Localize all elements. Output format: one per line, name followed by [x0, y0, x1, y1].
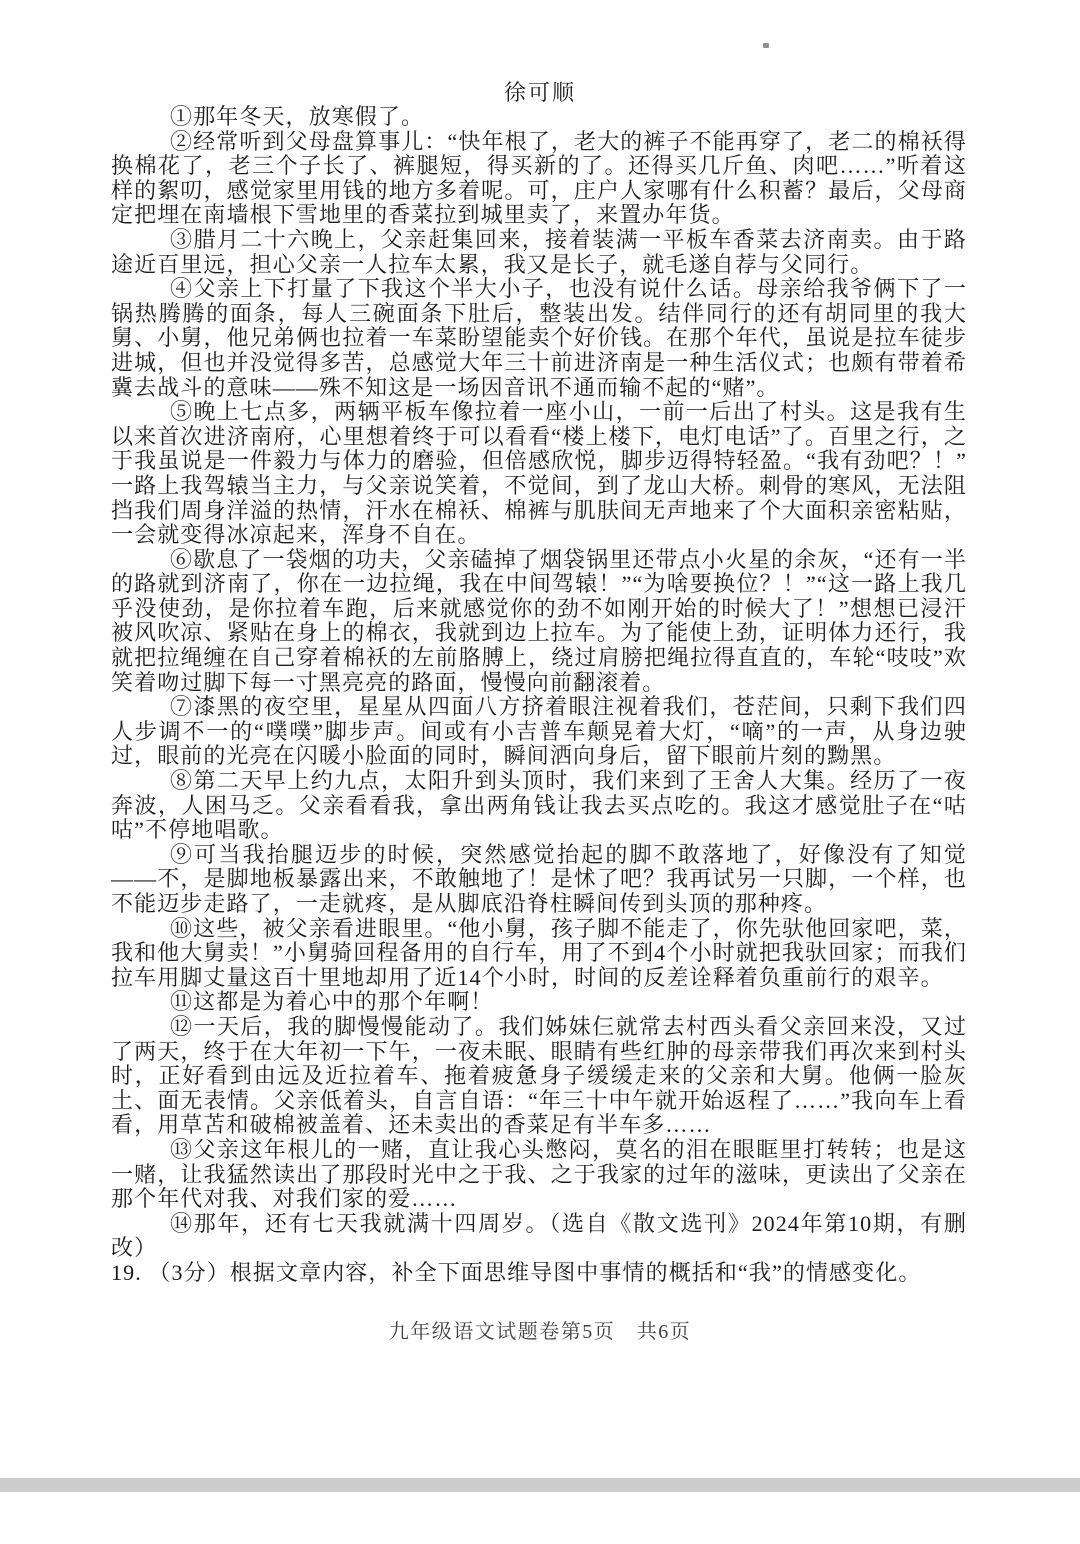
question-19: 19. （3分）根据文章内容，补全下面思维导图中事情的概括和“我”的情感变化。	[111, 1261, 967, 1286]
author-name: 徐可顺	[0, 80, 1080, 106]
reading-passage: ①那年冬天，放寒假了。 ②经常听到父母盘算事儿：“快年根了，老大的裤子不能再穿了…	[111, 105, 967, 1286]
passage-paragraph-3: ③腊月二十六晚上，父亲赶集回来，接着装满一平板车香菜去济南卖。由于路途近百里远，…	[111, 228, 967, 277]
passage-paragraph-8: ⑧第二天早上约九点，太阳升到头顶时，我们来到了王舍人大集。经历了一夜奔波，人困马…	[111, 769, 967, 843]
passage-paragraph-4: ④父亲上下打量了下我这个半大小子，也没有说什么话。母亲给我爷俩下了一锅热腾腾的面…	[111, 277, 967, 400]
exam-paper-page: 徐可顺 ①那年冬天，放寒假了。 ②经常听到父母盘算事儿：“快年根了，老大的裤子不…	[0, 0, 1080, 1544]
passage-paragraph-9: ⑨可当我抬腿迈步的时候，突然感觉抬起的脚不敢落地了，好像没有了知觉——不，是脚地…	[111, 843, 967, 917]
passage-paragraph-1: ①那年冬天，放寒假了。	[111, 105, 967, 130]
passage-paragraph-14: ⑭那年，还有七天我就满十四周岁。（选自《散文选刊》2024年第10期，有删改）	[111, 1212, 967, 1261]
passage-paragraph-13: ⑬父亲这年根儿的一赌，直让我心头憋闷，莫名的泪在眼眶里打转转；也是这一赌，让我猛…	[111, 1138, 967, 1212]
page-footer: 九年级语文试题卷第5页 共6页	[0, 1315, 1080, 1344]
passage-paragraph-10: ⑩这些，被父亲看进眼里。“他小舅，孩子脚不能走了，你先驮他回家吧，菜，我和他大舅…	[111, 917, 967, 991]
passage-paragraph-6: ⑥歇息了一袋烟的功夫，父亲磕掉了烟袋锅里还带点小火星的余灰，“还有一半的路就到济…	[111, 548, 967, 696]
passage-paragraph-2: ②经常听到父母盘算事儿：“快年根了，老大的裤子不能再穿了，老二的棉袄得换棉花了，…	[111, 130, 967, 228]
scan-speck-artifact	[763, 43, 769, 48]
passage-paragraph-5: ⑤晚上七点多，两辆平板车像拉着一座小山，一前一后出了村头。这是我有生以来首次进济…	[111, 400, 967, 548]
passage-paragraph-12: ⑫一天后，我的脚慢慢能动了。我们姊妹仨就常去村西头看父亲回来没，又过了两天，终于…	[111, 1015, 967, 1138]
passage-paragraph-7: ⑦漆黑的夜空里，星星从四面八方挤着眼注视着我们，苍茫间，只剩下我们四人步调不一的…	[111, 695, 967, 769]
scan-artifact-band	[0, 1478, 1080, 1492]
passage-paragraph-11: ⑪这都是为着心中的那个年啊！	[111, 990, 967, 1015]
